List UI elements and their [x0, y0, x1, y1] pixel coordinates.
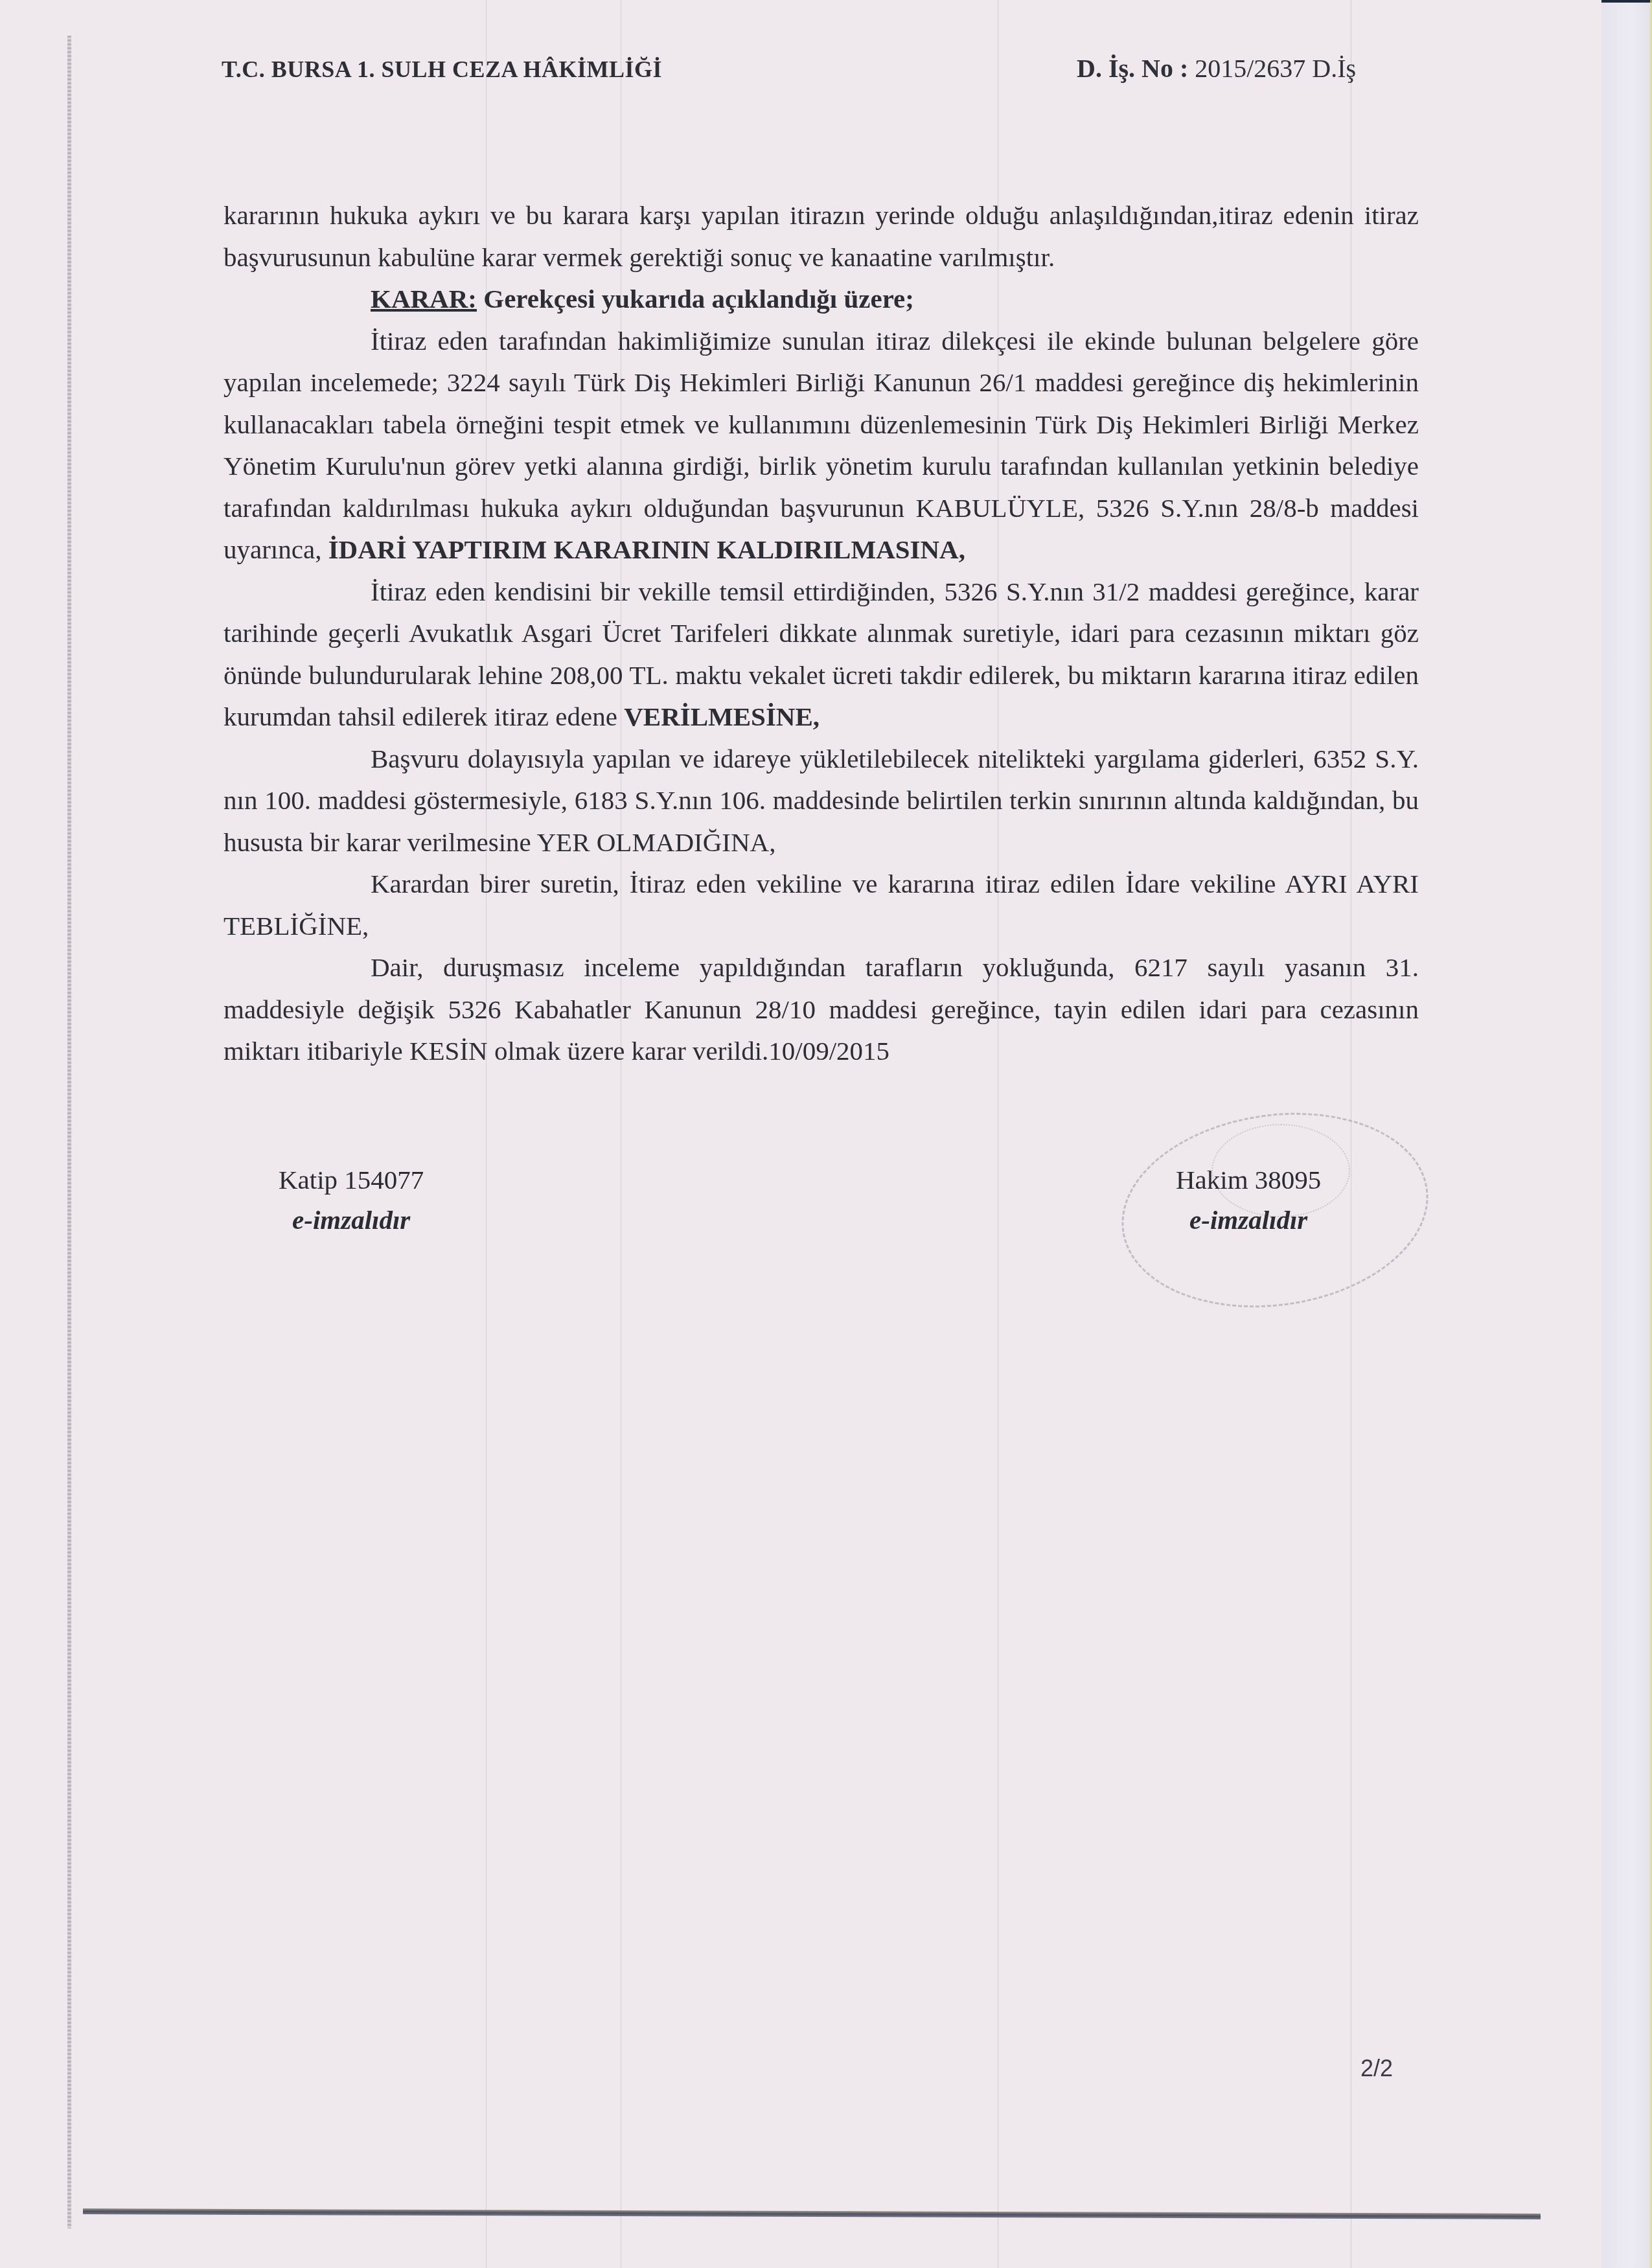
decision-paragraph-3: Başvuru dolayısıyla yapılan ve idareye y… [224, 738, 1419, 864]
clerk-esign-note: e-imzalıdır [279, 1200, 424, 1240]
clerk-signature: Katip 154077 e-imzalıdır [279, 1160, 424, 1240]
karar-label: KARAR: [371, 284, 477, 314]
court-name: T.C. BURSA 1. SULH CEZA HÂKİMLİĞİ [222, 56, 662, 83]
decision-paragraph-2: İtiraz eden kendisini bir vekille temsil… [224, 571, 1419, 738]
decision-paragraph-1: İtiraz eden tarafından hakimliğimize sun… [224, 320, 1419, 571]
intro-paragraph: kararının hukuka aykırı ve bu karara kar… [224, 194, 1419, 278]
paragraph-text: İtiraz eden tarafından hakimliğimize sun… [224, 326, 1419, 565]
footer-cutoff-text [83, 2224, 1541, 2237]
karar-heading-text: Gerekçesi yukarıda açıklandığı üzere; [477, 284, 914, 314]
case-number-label: D. İş. No : [1077, 54, 1188, 83]
ruling-emphasis: İDARİ YAPTIRIM KARARININ KALDIRILMASINA, [328, 534, 965, 564]
decision-paragraph-4: Karardan birer suretin, İtiraz eden veki… [224, 863, 1419, 946]
footer-divider [83, 2208, 1541, 2219]
page-number: 2/2 [1360, 2055, 1393, 2082]
karar-heading: KARAR: Gerekçesi yukarıda açıklandığı üz… [371, 278, 1419, 320]
case-number: 2015/2637 D.İş [1195, 54, 1356, 83]
decision-body: kararının hukuka aykırı ve bu karara kar… [224, 194, 1419, 1072]
judge-esign-note: e-imzalıdır [1176, 1200, 1321, 1240]
case-number-block: D. İş. No : 2015/2637 D.İş [1077, 53, 1356, 84]
judge-signature: Hakim 38095 e-imzalıdır [1176, 1160, 1321, 1240]
judge-title: Hakim 38095 [1176, 1160, 1321, 1200]
scan-margin-line [67, 36, 71, 2228]
ruling-emphasis: VERİLMESİNE, [624, 702, 820, 731]
paragraph-text: İtiraz eden kendisini bir vekille temsil… [224, 577, 1419, 732]
scanner-edge-strip [1601, 0, 1652, 2268]
document-header: T.C. BURSA 1. SULH CEZA HÂKİMLİĞİ D. İş.… [0, 51, 1652, 89]
clerk-title: Katip 154077 [279, 1160, 424, 1200]
decision-paragraph-5: Dair, duruşmasız inceleme yapıldığından … [224, 946, 1419, 1072]
